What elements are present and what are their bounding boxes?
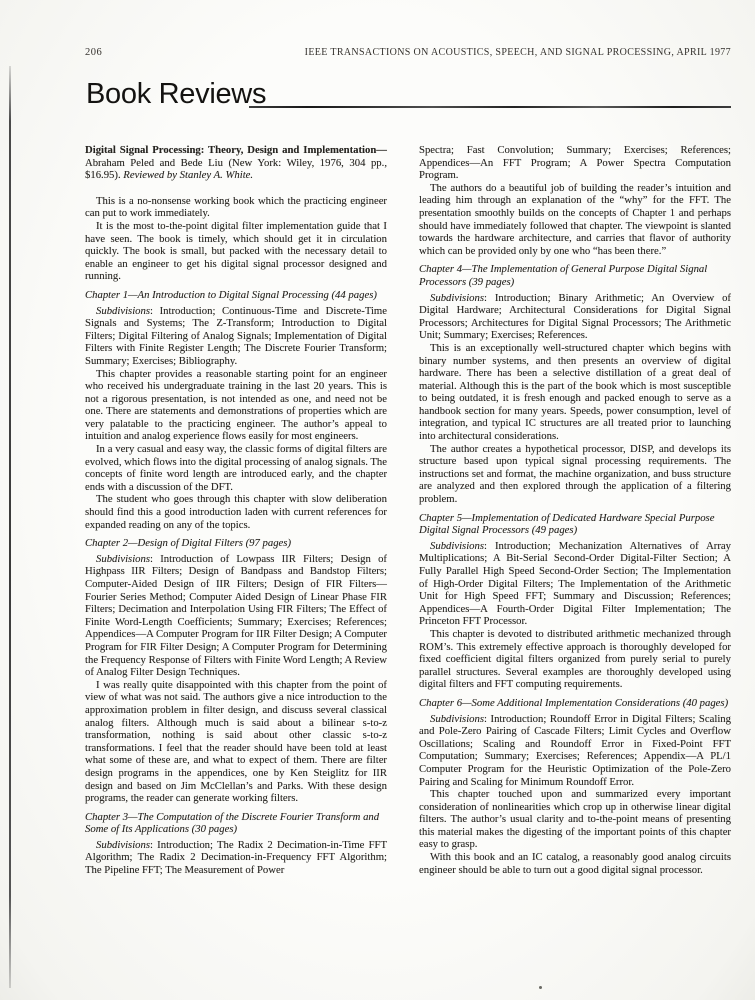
body-paragraph: This is a no-nonsense working book which… xyxy=(85,195,387,220)
subdivisions-label: Subdivisions xyxy=(430,292,484,304)
subdivisions-paragraph: Subdivisions: Introduction; Continuous-T… xyxy=(85,305,387,368)
body-paragraph: This chapter provides a reasonable start… xyxy=(85,368,387,444)
body-paragraph: The authors do a beautiful job of buildi… xyxy=(419,182,731,258)
journal-page: 206 IEEE TRANSACTIONS ON ACOUSTICS, SPEE… xyxy=(0,0,755,1000)
body-paragraph: In a very casual and easy way, the class… xyxy=(85,443,387,493)
subdivisions-paragraph: Subdivisions: Introduction; Roundoff Err… xyxy=(419,713,731,789)
book-citation: Digital Signal Processing: Theory, Desig… xyxy=(85,144,387,182)
subdivisions-paragraph: Subdivisions: Introduction; Binary Arith… xyxy=(419,292,731,342)
title-underline-rule xyxy=(249,106,731,108)
subdivisions-paragraph: Subdivisions: Introduction; The Radix 2 … xyxy=(85,839,387,877)
body-paragraph: The author creates a hypothetical proces… xyxy=(419,443,731,506)
subdivisions-paragraph: Subdivisions: Introduction; Mechanizatio… xyxy=(419,540,731,628)
scan-edge-artifact xyxy=(9,66,11,988)
subdivisions-paragraph: Subdivisions: Introduction of Lowpass II… xyxy=(85,553,387,679)
chapter-heading: Chapter 6—Some Additional Implementation… xyxy=(419,697,731,710)
subdivisions-label: Subdivisions xyxy=(430,713,484,725)
left-column: Digital Signal Processing: Theory, Desig… xyxy=(85,144,387,877)
chapter-heading: Chapter 2—Design of Digital Filters (97 … xyxy=(85,537,387,550)
subdivisions-label: Subdivisions xyxy=(96,305,150,317)
page-number: 206 xyxy=(85,47,102,58)
reviewer-credit: Reviewed by Stanley A. White. xyxy=(123,169,253,181)
body-paragraph: The student who goes through this chapte… xyxy=(85,493,387,531)
subdivisions-text: : Introduction of Lowpass IIR Filters; D… xyxy=(85,553,387,678)
body-paragraph: This chapter is devoted to distributed a… xyxy=(419,628,731,691)
chapter-heading: Chapter 1—An Introduction to Digital Sig… xyxy=(85,289,387,302)
body-paragraph: It is the most to-the-point digital filt… xyxy=(85,220,387,283)
journal-header: IEEE TRANSACTIONS ON ACOUSTICS, SPEECH, … xyxy=(305,47,731,58)
body-paragraph: With this book and an IC catalog, a reas… xyxy=(419,851,731,876)
subdivisions-label: Subdivisions xyxy=(430,540,484,552)
right-column: Spectra; Fast Convolution; Summary; Exer… xyxy=(419,144,731,876)
chapter-heading: Chapter 5—Implementation of Dedicated Ha… xyxy=(419,512,731,537)
body-paragraph: I was really quite disappointed with thi… xyxy=(85,679,387,805)
section-title: Book Reviews xyxy=(86,78,266,111)
scan-speck xyxy=(539,986,542,989)
chapter-heading: Chapter 4—The Implementation of General … xyxy=(419,263,731,288)
book-title: Digital Signal Processing: Theory, Desig… xyxy=(85,144,387,156)
body-paragraph: This is an exceptionally well-structured… xyxy=(419,342,731,443)
body-paragraph: Spectra; Fast Convolution; Summary; Exer… xyxy=(419,144,731,182)
body-paragraph: This chapter touched upon and summarized… xyxy=(419,788,731,851)
running-head: 206 IEEE TRANSACTIONS ON ACOUSTICS, SPEE… xyxy=(0,0,755,70)
subdivisions-label: Subdivisions xyxy=(96,553,150,565)
subdivisions-label: Subdivisions xyxy=(96,839,150,851)
chapter-heading: Chapter 3—The Computation of the Discret… xyxy=(85,811,387,836)
subdivisions-text: : Introduction; Mechanization Alternativ… xyxy=(419,540,731,628)
